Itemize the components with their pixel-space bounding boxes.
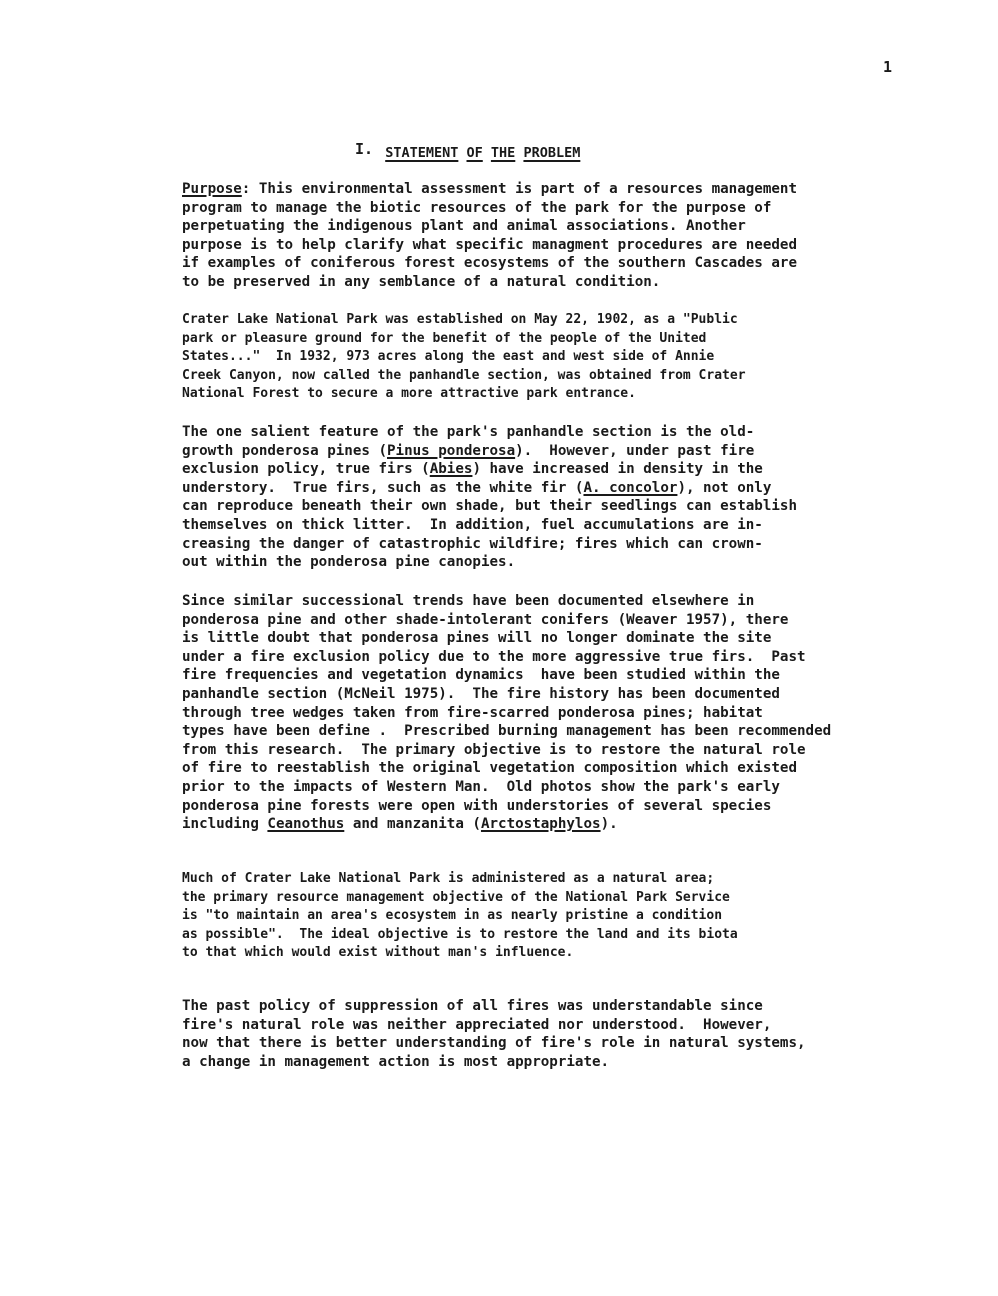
- text-line: themselves on thick litter. In addition,…: [182, 516, 797, 535]
- text-line: creasing the danger of catastrophic wild…: [182, 535, 797, 554]
- text-line: now that there is better understanding o…: [182, 1034, 806, 1053]
- text-line: Much of Crater Lake National Park is adm…: [182, 870, 738, 889]
- scientific-name: Abies: [430, 461, 473, 477]
- title-word: OF: [467, 145, 483, 161]
- text-line: Creek Canyon, now called the panhandle s…: [182, 367, 746, 386]
- text-line: The one salient feature of the park's pa…: [182, 423, 797, 442]
- text-line: Purpose: This environmental assessment i…: [182, 180, 797, 199]
- scientific-name: Pinus ponderosa: [387, 443, 515, 459]
- text-line: fire's natural role was neither apprecia…: [182, 1016, 806, 1035]
- text-line: if examples of coniferous forest ecosyst…: [182, 254, 797, 273]
- lead-label: Purpose: [182, 181, 242, 197]
- title-word: STATEMENT: [385, 145, 458, 161]
- scientific-name: Arctostaphylos: [481, 816, 601, 832]
- paragraph-panhandle-feature: The one salient feature of the park's pa…: [182, 423, 797, 572]
- text-line: prior to the impacts of Western Man. Old…: [182, 778, 831, 797]
- text-line: States..." In 1932, 973 acres along the …: [182, 348, 746, 367]
- text-line: the primary resource management objectiv…: [182, 889, 738, 908]
- text-line: of fire to reestablish the original vege…: [182, 759, 831, 778]
- text-line: perpetuating the indigenous plant and an…: [182, 217, 797, 236]
- text-line: is little doubt that ponderosa pines wil…: [182, 629, 831, 648]
- text-line: Since similar successional trends have b…: [182, 592, 831, 611]
- text-line: can reproduce beneath their own shade, b…: [182, 497, 797, 516]
- text-line: The past policy of suppression of all fi…: [182, 997, 806, 1016]
- text-line: growth ponderosa pines (Pinus ponderosa)…: [182, 442, 797, 461]
- text-line: as possible". The ideal objective is to …: [182, 926, 738, 945]
- text-line: exclusion policy, true firs (Abies) have…: [182, 460, 797, 479]
- text-line: a change in management action is most ap…: [182, 1053, 806, 1072]
- text-line: is "to maintain an area's ecosystem in a…: [182, 907, 738, 926]
- text-line: fire frequencies and vegetation dynamics…: [182, 666, 831, 685]
- text-line: ponderosa pine forests were open with un…: [182, 797, 831, 816]
- page-number: 1: [883, 58, 892, 76]
- text-line: panhandle section (McNeil 1975). The fir…: [182, 685, 831, 704]
- text-line: understory. True firs, such as the white…: [182, 479, 797, 498]
- scientific-name: Ceanothus: [267, 816, 344, 832]
- text-line: from this research. The primary objectiv…: [182, 741, 831, 760]
- text-line: to that which would exist without man's …: [182, 944, 738, 963]
- text-line: to be preserved in any semblance of a na…: [182, 273, 797, 292]
- paragraph-natural-area: Much of Crater Lake National Park is adm…: [182, 870, 738, 963]
- text-line: ponderosa pine and other shade-intoleran…: [182, 611, 831, 630]
- text-line: including Ceanothus and manzanita (Arcto…: [182, 815, 831, 834]
- text-line: through tree wedges taken from fire-scar…: [182, 704, 831, 723]
- text-line: National Forest to secure a more attract…: [182, 385, 746, 404]
- paragraph-successional-trends: Since similar successional trends have b…: [182, 592, 831, 834]
- text-line: out within the ponderosa pine canopies.: [182, 553, 797, 572]
- section-numeral: I.: [355, 140, 373, 158]
- text-line: program to manage the biotic resources o…: [182, 199, 797, 218]
- paragraph-park-history: Crater Lake National Park was establishe…: [182, 311, 746, 404]
- text-line: park or pleasure ground for the benefit …: [182, 330, 746, 349]
- text-line: Crater Lake National Park was establishe…: [182, 311, 746, 330]
- text-line: purpose is to help clarify what specific…: [182, 236, 797, 255]
- text-line: types have been define . Prescribed burn…: [182, 722, 831, 741]
- paragraph-past-policy: The past policy of suppression of all fi…: [182, 997, 806, 1071]
- section-title: I. STATEMENT OF THE PROBLEM: [355, 143, 580, 161]
- title-word: PROBLEM: [523, 145, 580, 161]
- text-line: under a fire exclusion policy due to the…: [182, 648, 831, 667]
- paragraph-purpose: Purpose: This environmental assessment i…: [182, 180, 797, 292]
- scientific-name: A. concolor: [583, 480, 677, 496]
- title-word: THE: [491, 145, 515, 161]
